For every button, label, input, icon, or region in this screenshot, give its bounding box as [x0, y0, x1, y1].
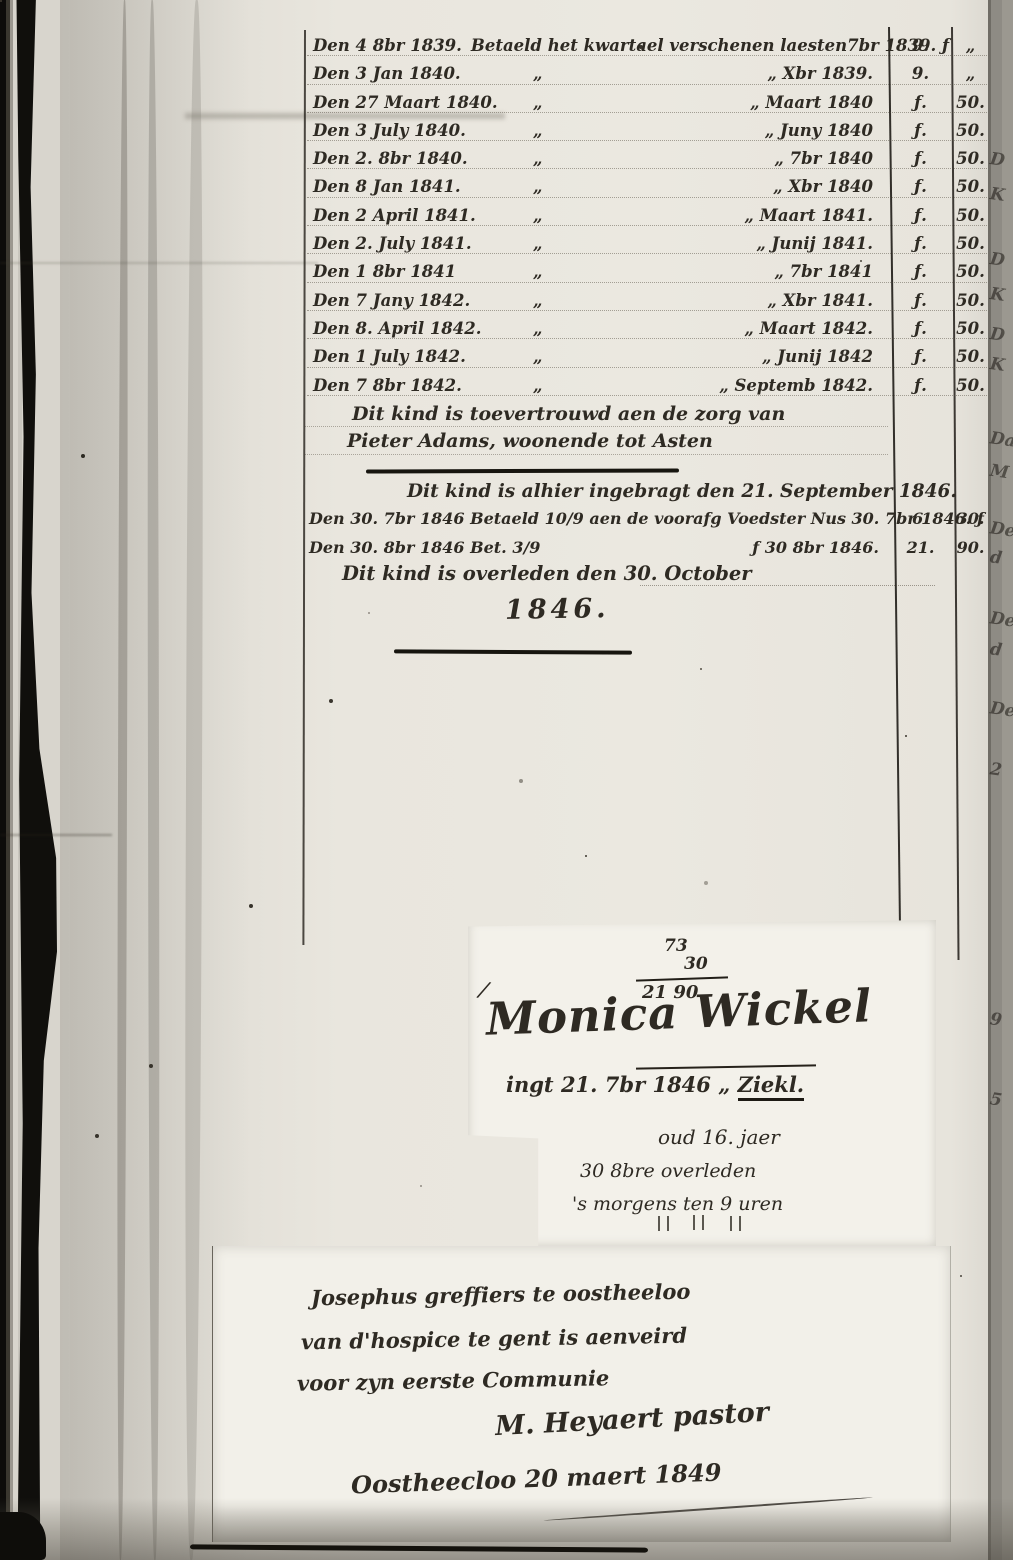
- payment-1846-main: Den 30. 8br 1846 Bet. 3/9ƒ 30 8br 1846.: [305, 536, 889, 557]
- period-covered: „ Xbr 1841.: [767, 291, 889, 310]
- ruled-line: [305, 426, 888, 427]
- margin-handwriting-fragment: d: [989, 547, 1004, 568]
- payment-1846-period: ƒ 30 8br 1846.: [752, 538, 889, 557]
- payment-date: Den 2. 8br 1840.: [305, 149, 468, 168]
- payment-date: Den 2. July 1841.: [305, 234, 472, 253]
- ruled-line: [305, 454, 888, 455]
- scan-smear: [0, 834, 112, 836]
- period-covered: „ Junij 1841.: [756, 234, 889, 253]
- amount-guilders: 21.: [889, 538, 952, 557]
- margin-handwriting-fragment: 9: [989, 1009, 1004, 1030]
- ditto-mark: „: [533, 234, 543, 253]
- entry-date-text: ingt 21. 7br 1846 „: [506, 1072, 738, 1097]
- ledger-row-main: Den 4 8br 1839.Betaeld het kwartael vers…: [305, 33, 889, 55]
- margin-handwriting-fragment: Da: [989, 428, 1013, 451]
- ledger-row: Den 2. 8br 1840.„„ 7br 1840ƒ.50.: [305, 146, 989, 174]
- period-covered: „ Juny 1840: [765, 121, 889, 140]
- amount-cents: 50.: [952, 234, 989, 253]
- amount-guilders: ƒ.: [889, 262, 952, 281]
- ledger-row-main: Den 1 8br 1841„„ 7br 1841: [305, 259, 889, 281]
- margin-handwriting-fragment: K: [989, 284, 1006, 306]
- ledger-row: Den 7 8br 1842.„„ Septemb 1842.ƒ.50.: [305, 373, 989, 401]
- entry-date-line: ingt 21. 7br 1846 „ Ziekl.: [506, 1072, 804, 1097]
- ruled-line: [640, 585, 935, 586]
- margin-handwriting-fragment: d: [989, 639, 1004, 660]
- ledger-row: Den 3 July 1840.„„ Juny 1840ƒ.50.: [305, 118, 989, 146]
- custody-note-line1: Dit kind is toevertrouwd aen de zorg van: [352, 403, 785, 425]
- margin-handwriting-fragment: 2: [989, 759, 1004, 780]
- amount-cents: 50.: [952, 177, 989, 196]
- communion-note-line1: Josephus greffiers te oostheeloo: [311, 1279, 691, 1311]
- payment-1846-main: Den 30. 7br 1846 Betaeld 10/9 aen de voo…: [305, 507, 889, 528]
- ditto-mark: „: [533, 347, 543, 366]
- payment-description: Betaeld het kwartael verschenen laesten: [471, 36, 847, 55]
- period-covered: „ Junij 1842: [762, 347, 889, 366]
- entry-sick-note: Ziekl.: [738, 1072, 805, 1101]
- amount-cents: 50.: [952, 93, 989, 112]
- ditto-mark: „: [533, 376, 543, 395]
- amount-cents: 90.: [952, 538, 989, 557]
- payment-date: Den 3 Jan 1840.: [305, 64, 461, 83]
- communion-note-line3: voor zyn eerste Communie: [297, 1365, 610, 1395]
- amount-cents: 50.: [952, 121, 989, 140]
- ledger-row: Den 2 April 1841.„„ Maart 1841.ƒ.50.: [305, 203, 989, 231]
- ledger-row: Den 3 Jan 1840.„„ Xbr 1839.9.„: [305, 61, 989, 89]
- period-covered: „ 7br 1841: [774, 262, 889, 281]
- ledger-page-scan: DKDKDKDaMDedDedDe295 Den 4 8br 1839.Beta…: [0, 0, 1013, 1560]
- ledger-row: Den 8 Jan 1841.„„ Xbr 1840ƒ.50.: [305, 174, 989, 202]
- amount-cents: 50.: [952, 319, 989, 338]
- margin-handwriting-fragment: 5: [989, 1089, 1004, 1110]
- ditto-mark: „: [533, 291, 543, 310]
- payments-1846: Den 30. 7br 1846 Betaeld 10/9 aen de voo…: [305, 507, 989, 564]
- death-note-year: 1846.: [505, 593, 610, 626]
- scan-smear: [0, 262, 318, 264]
- calculation-rule: [636, 976, 728, 981]
- payment-1846-text: Den 30. 8br 1846 Bet. 3/9: [305, 538, 540, 557]
- next-page-edge: DKDKDKDaMDedDedDe295: [988, 0, 1013, 1560]
- period-covered: „ Septemb 1842.: [719, 376, 889, 395]
- child-name-signature: Monica Wickel: [485, 979, 873, 1045]
- paper-specks: [0, 0, 2, 2]
- ledger-row-main: Den 8 Jan 1841.„„ Xbr 1840: [305, 174, 889, 196]
- amount-guilders: ƒ.: [889, 206, 952, 225]
- margin-handwriting-fragment: D: [989, 149, 1006, 171]
- ledger-row: Den 7 Jany 1842.„„ Xbr 1841.ƒ.50.: [305, 288, 989, 316]
- ledger-row: Den 2. July 1841.„„ Junij 1841.ƒ.50.: [305, 231, 989, 259]
- amount-guilders: ƒ.: [889, 177, 952, 196]
- payment-date: Den 3 July 1840.: [305, 121, 466, 140]
- period-covered: „ Xbr 1840: [773, 177, 889, 196]
- ledger-row-main: Den 7 8br 1842.„„ Septemb 1842.: [305, 373, 889, 395]
- amount-cents: „: [952, 36, 989, 55]
- ledger-row-main: Den 2. July 1841.„„ Junij 1841.: [305, 231, 889, 253]
- calculation-subtrahend: 30: [684, 954, 708, 974]
- period-covered: „ Maart 1842.: [744, 319, 889, 338]
- margin-handwriting-fragment: D: [989, 324, 1006, 346]
- ledger-row-main: Den 2. 8br 1840.„„ 7br 1840: [305, 146, 889, 168]
- ink-marks: [693, 1215, 704, 1230]
- ditto-mark: „: [533, 206, 543, 225]
- payment-1846-row: Den 30. 8br 1846 Bet. 3/9ƒ 30 8br 1846.2…: [305, 536, 989, 565]
- amount-cents: 50.: [952, 347, 989, 366]
- death-date-line: 30 8bre overleden: [580, 1160, 756, 1182]
- payment-date: Den 27 Maart 1840.: [305, 93, 498, 112]
- ledger-row-main: Den 7 Jany 1842.„„ Xbr 1841.: [305, 288, 889, 310]
- ditto-mark: „: [533, 64, 543, 83]
- ledger-row: Den 1 8br 1841„„ 7br 1841ƒ.50.: [305, 259, 989, 287]
- margin-handwriting-fragment: De: [989, 608, 1013, 631]
- ledger-row-main: Den 3 Jan 1840.„„ Xbr 1839.: [305, 61, 889, 83]
- ditto-mark: „: [533, 93, 543, 112]
- custody-note-line2: Pieter Adams, woonende tot Asten: [347, 430, 713, 452]
- name-underline: [636, 1064, 816, 1069]
- payment-date: Den 8. April 1842.: [305, 319, 482, 338]
- margin-handwriting-fragment: M: [989, 461, 1010, 483]
- death-time-line: 's morgens ten 9 uren: [572, 1193, 783, 1215]
- payment-date: Den 4 8br 1839.: [305, 36, 462, 55]
- age-line: oud 16. jaer: [658, 1125, 780, 1149]
- separator-rule: [366, 468, 679, 473]
- period-covered: „ 7br 1840: [774, 149, 889, 168]
- ledger-row-main: Den 27 Maart 1840.„„ Maart 1840: [305, 90, 889, 112]
- payment-date: Den 8 Jan 1841.: [305, 177, 461, 196]
- margin-handwriting-fragment: D: [989, 249, 1006, 271]
- calculation-minuend: 73: [664, 936, 688, 956]
- communion-note-line2: van d'hospice te gent is aenveird: [301, 1323, 687, 1355]
- margin-handwriting-fragment: De: [989, 518, 1013, 541]
- amount-guilders: ƒ.: [889, 234, 952, 253]
- death-note-line: Dit kind is overleden den 30. October: [342, 562, 752, 585]
- reentry-note: Dit kind is alhier ingebragt den 21. Sep…: [407, 481, 957, 502]
- ledger-row-main: Den 3 July 1840.„„ Juny 1840: [305, 118, 889, 140]
- amount-cents: 50.: [952, 206, 989, 225]
- payment-date: Den 1 8br 1841: [305, 262, 456, 281]
- ledger-row-main: Den 8. April 1842.„„ Maart 1842.: [305, 316, 889, 338]
- payment-1846-row: Den 30. 7br 1846 Betaeld 10/9 aen de voo…: [305, 507, 989, 536]
- payment-date: Den 7 8br 1842.: [305, 376, 462, 395]
- amount-guilders: ƒ.: [889, 376, 952, 395]
- ledger-row: Den 27 Maart 1840.„„ Maart 1840ƒ.50.: [305, 90, 989, 118]
- amount-guilders: ƒ.: [889, 93, 952, 112]
- amount-guilders: ƒ.: [889, 347, 952, 366]
- amount-cents: 50.: [952, 376, 989, 395]
- pasted-note-upper: 73 30 21 90 / Monica Wickel ingt 21. 7br…: [468, 920, 936, 1246]
- ledger-row: Den 4 8br 1839.Betaeld het kwartael vers…: [305, 33, 989, 61]
- amount-cents: „: [952, 64, 989, 83]
- ledger-row-main: Den 1 July 1842.„„ Junij 1842: [305, 344, 889, 366]
- payment-date: Den 2 April 1841.: [305, 206, 476, 225]
- pastor-signature: M. Heyaert pastor: [494, 1397, 769, 1442]
- amount-guilders: 9.: [889, 64, 952, 83]
- ink-marks: [658, 1216, 669, 1231]
- period-covered: „ Xbr 1839.: [767, 64, 889, 83]
- ledger-row-main: Den 2 April 1841.„„ Maart 1841.: [305, 203, 889, 225]
- ink-marks: [730, 1216, 741, 1231]
- period-covered: „ Maart 1840: [750, 93, 889, 112]
- ledger-rows: Den 4 8br 1839.Betaeld het kwartael vers…: [305, 33, 989, 401]
- payment-1846-text: Den 30. 7br 1846 Betaeld 10/9 aen de voo…: [305, 509, 984, 528]
- ledger-row: Den 1 July 1842.„„ Junij 1842ƒ.50.: [305, 344, 989, 372]
- amount-guilders: ƒ.: [889, 291, 952, 310]
- amount-guilders: ƒ.: [889, 121, 952, 140]
- ditto-mark: „: [533, 149, 543, 168]
- ditto-mark: „: [533, 262, 543, 281]
- period-covered: „ Maart 1841.: [744, 206, 889, 225]
- amount-cents: 50.: [952, 262, 989, 281]
- ledger-row: Den 8. April 1842.„„ Maart 1842.ƒ.50.: [305, 316, 989, 344]
- payment-date: Den 1 July 1842.: [305, 347, 466, 366]
- place-date-line: Oostheecloo 20 maert 1849: [351, 1458, 722, 1500]
- ditto-mark: „: [533, 319, 543, 338]
- amount-guilders: ƒ.: [889, 149, 952, 168]
- period-covered: 7br 1839. ƒ: [847, 36, 953, 55]
- ditto-mark: „: [533, 177, 543, 196]
- margin-handwriting-fragment: K: [989, 354, 1006, 376]
- amount-cents: 50.: [952, 149, 989, 168]
- amount-cents: 50.: [952, 291, 989, 310]
- payment-date: Den 7 Jany 1842.: [305, 291, 470, 310]
- margin-handwriting-fragment: K: [989, 184, 1006, 206]
- amount-guilders: ƒ.: [889, 319, 952, 338]
- ditto-mark: „: [533, 121, 543, 140]
- separator-rule: [394, 649, 632, 654]
- margin-handwriting-fragment: De: [989, 698, 1013, 721]
